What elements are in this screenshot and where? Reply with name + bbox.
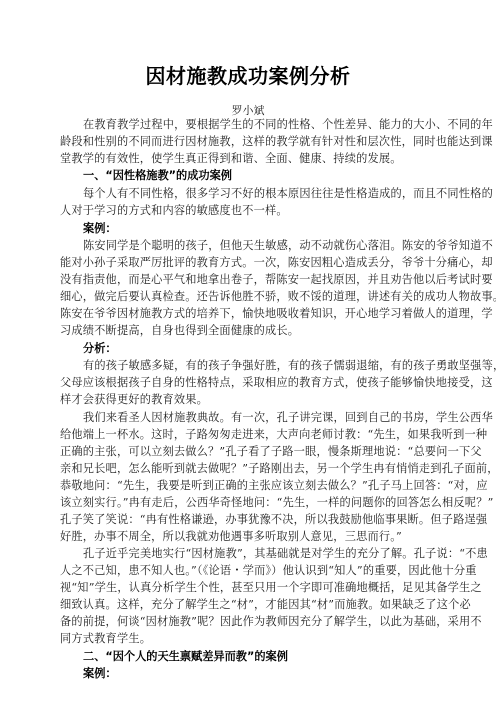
section-heading-1: 一、“因性格施教”的成功案例 xyxy=(83,169,232,183)
analysis-line: 有的孩子敏感多疑，有的孩子争强好胜，有的孩子懦弱退缩，有的孩子勇敢坚强等， xyxy=(83,359,438,373)
analysis-line: 样才会获得更好的教育效果。 xyxy=(60,393,438,407)
case-line: 能对小孙子采取严厉批评的教育方式。一次，陈安因粗心造成丢分，爷爷十分痛心，却 xyxy=(60,256,438,270)
story-line: 恭敬地问：“先生，我要是听到正确的主张应该立刻去做么？”孔子马上回答：“对，应 xyxy=(60,479,438,493)
conclusion-line: 备的前提，何谈“因材施教”呢？因此作为教师因充分了解学生，以此为基础，采用不 xyxy=(60,615,438,629)
intro-line: 在教育教学过程中，要根据学生的不同的性格、个性差异、能力的大小、不同的年 xyxy=(83,118,438,132)
conclusion-line: 孔子近乎完美地实行“因材施教”，其基础就是对学生的充分了解。孔子说：“不患 xyxy=(83,547,438,561)
conclusion-line: 人之不己知，患不知人也。”（《论语・学而》）他认识到“知人”的重要，因此他十分重 xyxy=(60,564,438,578)
author-name: 罗小斌 xyxy=(0,102,496,118)
case-line: 没有指责他，而是心平气和地拿出卷子，帮陈安一起找原因，并且劝告他以后考试时要 xyxy=(60,273,438,287)
analysis-line: 父母应该根据孩子自身的性格特点，采取相应的教育方式，使孩子能够愉快地接受，这 xyxy=(60,376,438,390)
story-line: 亲和兄长吧，怎么能听到就去做呢？”子路刚出去，另一个学生冉有悄悄走到孔子面前， xyxy=(60,462,438,476)
case-line: 陈安同学是个聪明的孩子，但他天生敏感，动不动就伤心落泪。陈安的爷爷知道不 xyxy=(83,239,438,253)
paragraph-line: 人对于学习的方式和内容的敏感度也不一样。 xyxy=(60,204,438,218)
case-label: 案例： xyxy=(83,222,117,236)
conclusion-line: 同方式教育学生。 xyxy=(60,632,438,646)
case-line: 细心，做完后要认真检查。还告诉他胜不骄，败不馁的道理，讲述有关的成功人物故事。 xyxy=(60,290,438,304)
conclusion-line: 视“知”学生，认真分析学生个性，甚至只用一个字即可准确地概括，足见其备学生之 xyxy=(60,581,438,595)
story-line: 给他端上一杯水。这时，子路匆匆走进来，大声向老师讨教：“先生，如果我听到一种 xyxy=(60,428,438,442)
document-page: 因材施教成功案例分析 罗小斌 在教育教学过程中，要根据学生的不同的性格、个性差异… xyxy=(0,0,496,702)
case-label-2: 案例： xyxy=(83,667,117,681)
document-title: 因材施教成功案例分析 xyxy=(0,60,496,89)
section-heading-2: 二、“因个人的天生禀赋差异而教”的案例 xyxy=(83,650,288,664)
story-line: 我们来看圣人因材施教典故。有一次，孔子讲完课，回到自己的书房，学生公西华 xyxy=(83,411,438,425)
case-line: 习成绩不断提高，自身也得到全面健康的成长。 xyxy=(60,324,438,338)
story-line: 好胜，办事不周全，所以我就劝他遇事多听取别人意见，三思而行。” xyxy=(60,530,438,544)
paragraph-line: 每个人有不同性格，很多学习不好的根本原因往往是性格造成的，而且不同性格的 xyxy=(83,187,438,201)
story-line: 该立刻实行。”冉有走后，公西华奇怪地问：“先生，一样的问题你的回答怎么相反呢？” xyxy=(60,496,438,510)
intro-line: 龄段和性别的不同而进行因材施教，这样的教学就有针对性和层次性，同时也能达到课 xyxy=(60,135,438,149)
conclusion-line: 细致认真。这样，充分了解学生之“材”，才能因其“材”而施教。如果缺乏了这个必 xyxy=(60,598,438,612)
case-line: 陈安在爷爷因材施教方式的培养下，愉快地吸收着知识，开心地学习着做人的道理，学 xyxy=(60,307,438,321)
story-line: 孔子笑了笑说：“冉有性格谦逊，办事犹豫不决，所以我鼓励他临事果断。但子路逞强 xyxy=(60,513,438,527)
story-line: 正确的主张，可以立刻去做么？”孔子看了子路一眼，慢条斯理地说：“总要问一下父 xyxy=(60,445,438,459)
intro-line: 堂教学的有效性，使学生真正得到和谐、全面、健康、持续的发展。 xyxy=(60,152,438,166)
analysis-label: 分析： xyxy=(83,342,117,356)
